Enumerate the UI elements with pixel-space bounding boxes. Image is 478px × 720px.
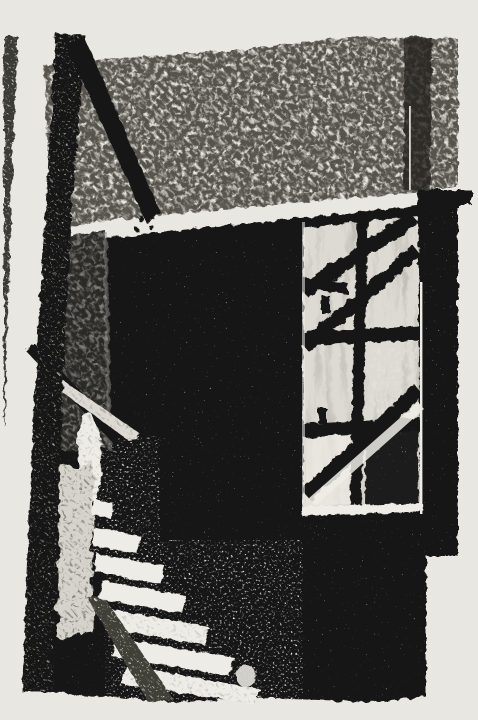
scratch-line (409, 106, 411, 190)
frame-edge-highlight (420, 282, 422, 514)
floor-light-patch (236, 665, 256, 687)
latch (321, 296, 330, 313)
window (298, 212, 424, 516)
foliage-dark-band (404, 36, 432, 190)
jamb-edge-highlight (302, 222, 305, 508)
artwork-print (0, 0, 478, 720)
banister-light-band (57, 462, 94, 638)
print-canvas (0, 0, 478, 720)
latch (318, 408, 327, 423)
